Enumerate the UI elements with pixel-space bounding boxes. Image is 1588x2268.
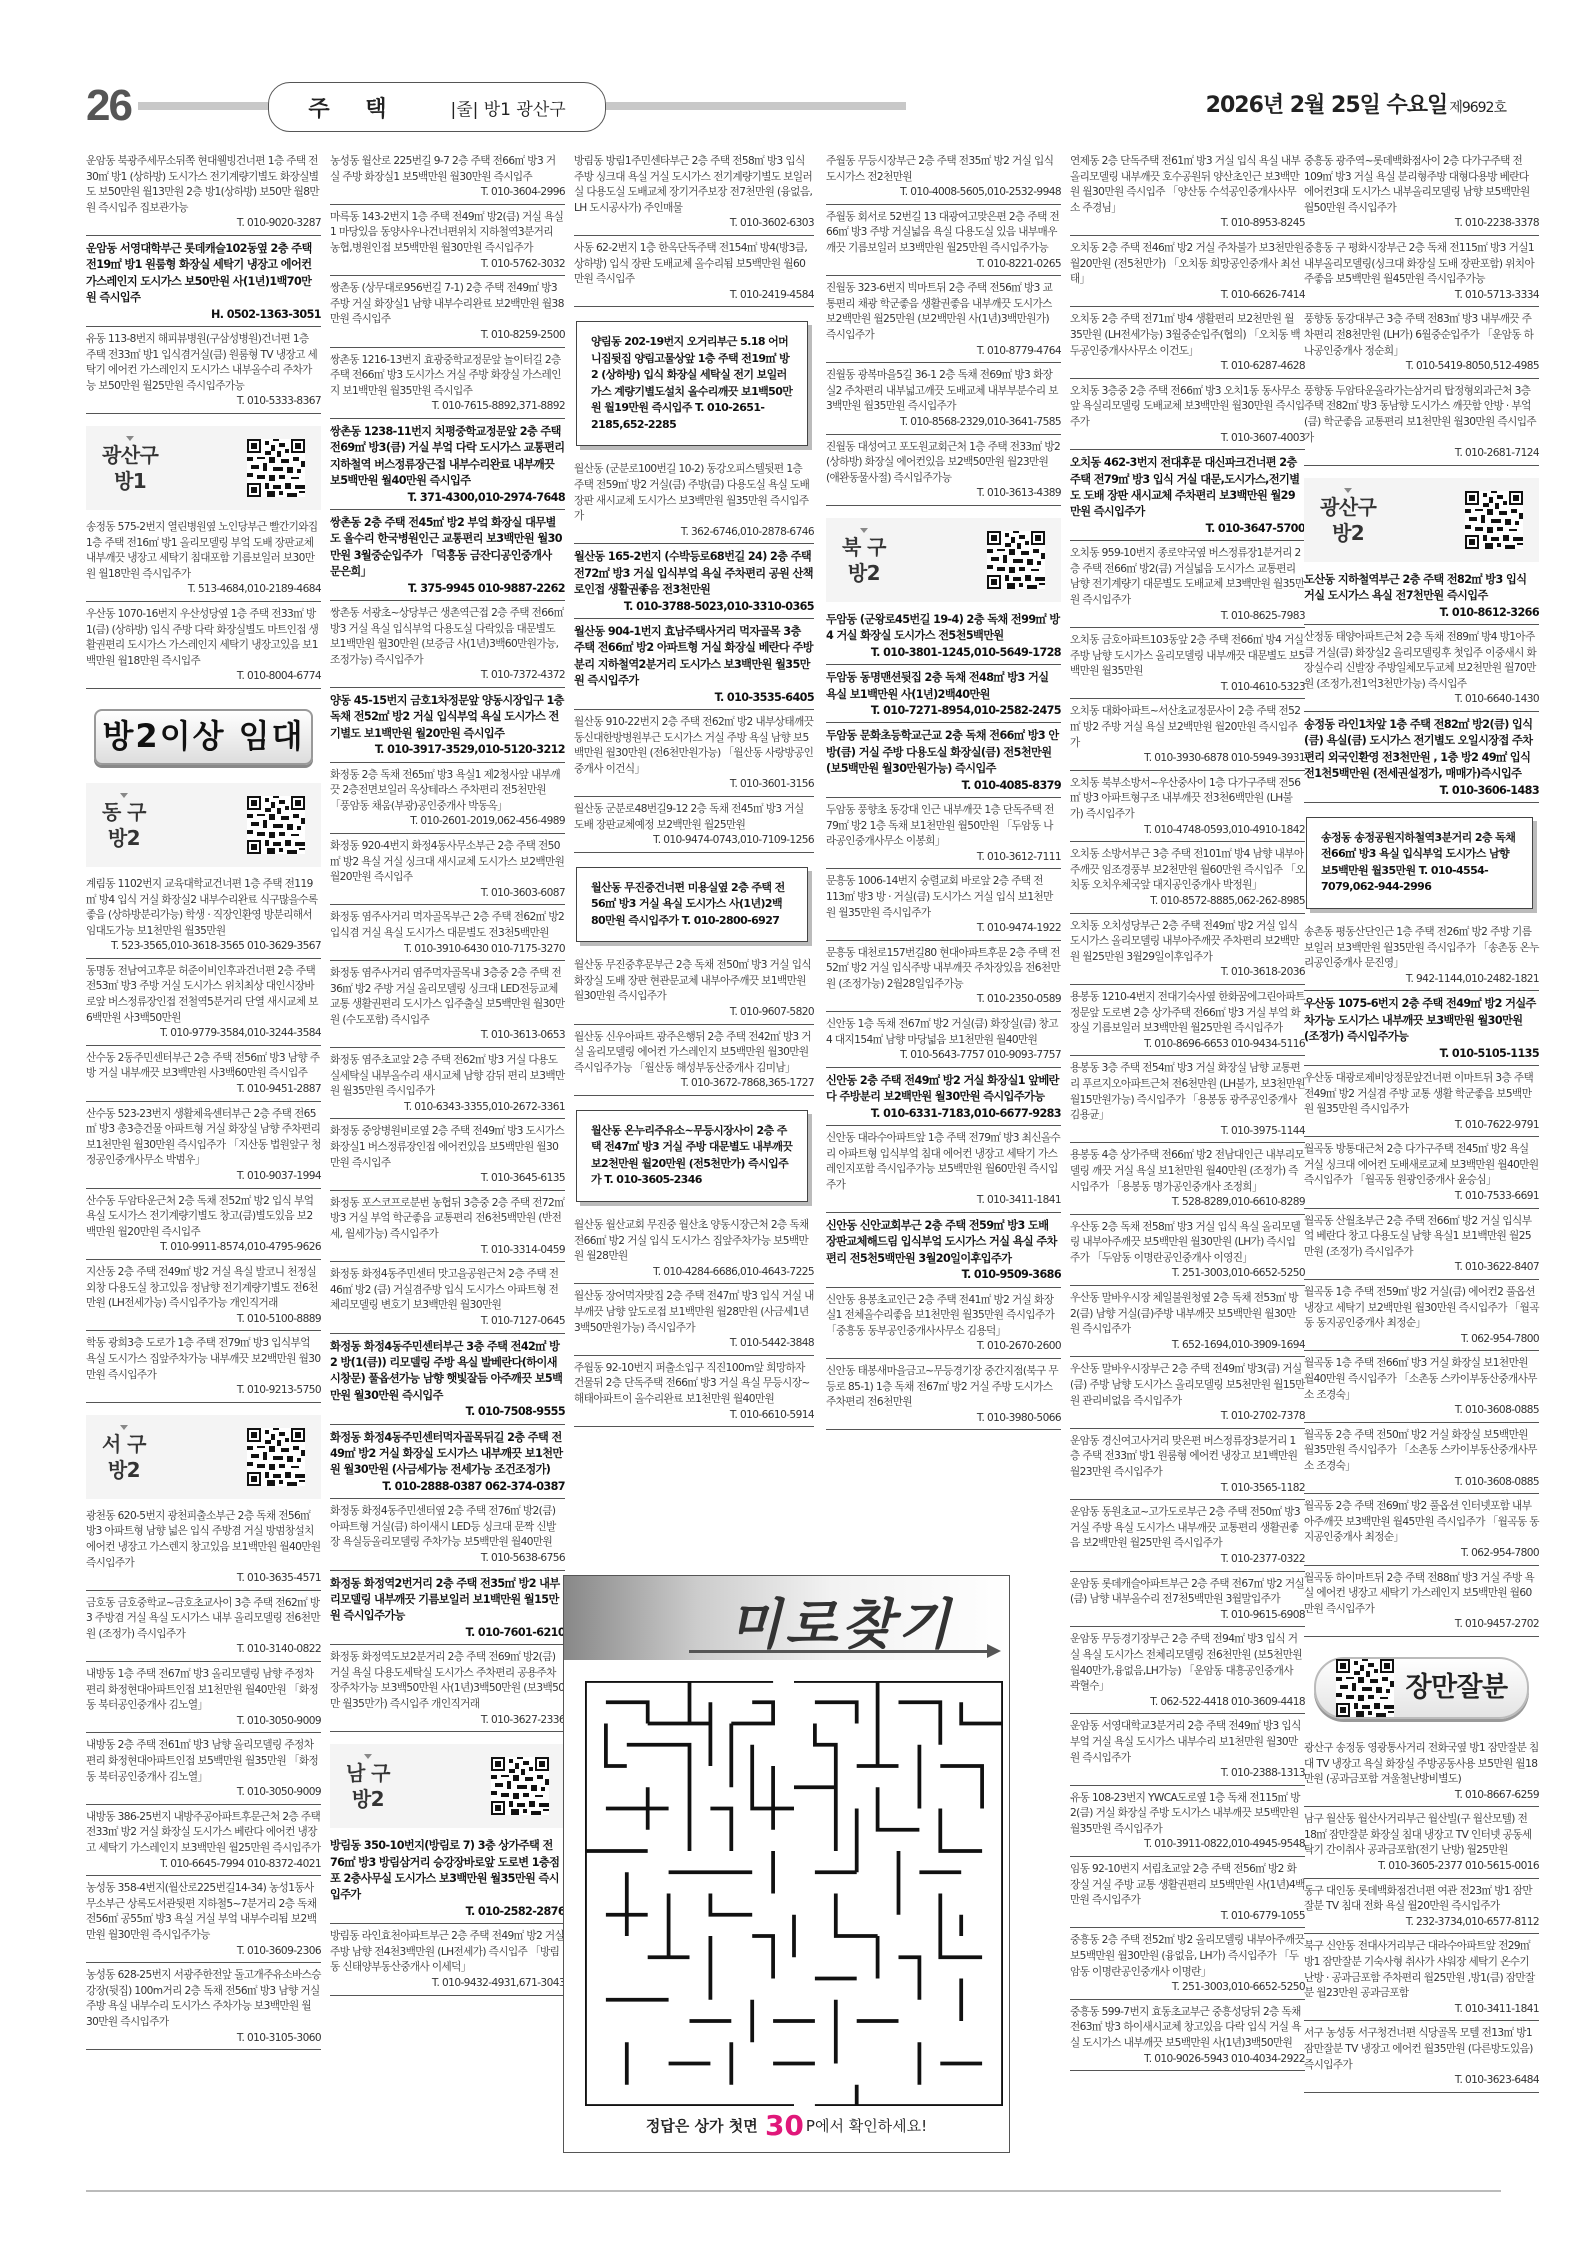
listing-text: 진월동 광복마을5길 36-1 2층 독채 전69㎡ 방3 화장실2 주차편리 … xyxy=(826,369,1058,412)
listing-text: 주월동 92-10번지 퍼출소입구 직진100m앞 희망하자건물뒤 2층 단독주… xyxy=(574,1362,810,1405)
listing-phone: T. 010-3627-2336 xyxy=(330,1713,565,1729)
listing-phone: T. 942-1144,010-2482-1821 xyxy=(1304,972,1539,988)
header-rule-right xyxy=(606,102,906,110)
listing-phone: T. 010-3672-7868,365-1727 xyxy=(574,1076,814,1092)
listing-phone: T. 010-5442-3848 xyxy=(574,1336,814,1352)
listing: 월곡동 2층 주택 전50㎡ 방2 거실 화장실 보5백만원 월35만원 즉시입… xyxy=(1304,1426,1539,1494)
listing-phone: T. 010-2238-3378 xyxy=(1304,216,1539,232)
listing-text: 오치동 북부소방서~우산중사이 1층 다가구주택 전56㎡ 방3 아파트형구조 … xyxy=(1070,777,1300,820)
listing: 방림동 라인효천아파트부근 2층 주택 전49㎡ 방2 거실 주방 남향 전4천… xyxy=(330,1927,565,1995)
listing: 진월동 대성여고 포도원교회근처 1층 주택 전33㎡ 방2 (상하방) 화장실… xyxy=(826,438,1061,506)
listing-phone: T. 010-3608-0885 xyxy=(1304,1403,1539,1419)
listing-phone: T. 010-7372-4372 xyxy=(330,668,565,684)
listing-phone: T. 010-3607-4003 xyxy=(1070,431,1305,447)
listing: 오치동 2층 주택 전71㎡ 방4 생활편리 보2천만원 월35만원 (LH전세… xyxy=(1070,310,1305,378)
listing: 오치동 2층 주택 전46㎡ 방2 거실 주차불가 보3천만원 월20만원 (전… xyxy=(1070,239,1305,307)
listing-text: 산정동 태양아파트근처 2층 독채 전89㎡ 방4 방1아주큼 거실(큼) 화장… xyxy=(1304,631,1536,690)
listing: 쌍촌동 (상무대로956번길 7-1) 2층 주택 전49㎡ 방3 주방 거실 … xyxy=(330,279,565,347)
listing: 중흥동 2층 주택 전52㎡ 방2 올리모델링 내부아주깨끗 보5백만원 월30… xyxy=(1070,1931,1305,1999)
listing: 두암동 (군왕로45번길 19-4) 2층 독채 전99㎡ 방4 거실 화장실 … xyxy=(826,610,1061,665)
listing: 월산동 무진중후문부근 2층 독채 전50㎡ 방3 거실 입식 화장실 도배 장… xyxy=(574,956,814,1024)
listing-phone: T. 010-3622-8407 xyxy=(1304,1260,1539,1276)
listing: 북구 신안동 전대사거리부근 대라수아파트앞 전29㎡ 방1 잠만잘분 기숙사형… xyxy=(1304,1937,1539,2021)
listing-text: 월산동 월산교회 무진중 월산초 양동시장근처 2층 독채 전66㎡ 방2 거실… xyxy=(574,1219,809,1262)
listing-phone: T. 652-1694,010-3909-1694 xyxy=(1070,1338,1305,1354)
listing-text: 운암동 서영대학부근 롯데캐슬102동옆 2층 주택 전19㎡ 방1 원룸형 화… xyxy=(86,242,312,304)
listing-text: 중흥동 599-7번지 효동초교부근 중흥성당뒤 2층 독채 전63㎡ 방3 하… xyxy=(1070,2006,1301,2049)
qr-code-icon[interactable] xyxy=(1336,1659,1394,1717)
listing: 쌍촌동 2층 주택 전45㎡ 방2 부엌 화장실 대무별도 올수리 한국병원인근… xyxy=(330,513,565,601)
listing-phone: T. 010-5333-8367 xyxy=(86,394,321,410)
listing-phone: T. 010-3917-3529,010-5120-3212 xyxy=(330,742,565,758)
listing: 운암동 서영대학부근 롯데캐슬102동옆 2층 주택 전19㎡ 방1 원룸형 화… xyxy=(86,239,321,327)
listing-phone: T. 010-3613-0653 xyxy=(330,1028,565,1044)
listing-text: 월곡동 2층 주택 전50㎡ 방2 거실 화장실 보5백만원 월35만원 즉시입… xyxy=(1304,1429,1537,1472)
column-1: 운암동 북광주세무소뒤쪽 현대웰빙건너편 1층 주택 전30㎡ 방1 (상하방)… xyxy=(86,152,321,2053)
listing-phone: T. 010-9213-5750 xyxy=(86,1383,321,1399)
listing-text: 쌍촌동 서광초~상당부근 생촌역근접 2층 주택 전66㎡ 방3 거실 욕실 입… xyxy=(330,607,564,666)
listing-text: 화정동 염주사거리 염주먹자골목내 3층중 2층 주택 전36㎡ 방2 주방 거… xyxy=(330,967,565,1026)
listing-phone: T. 010-3565-1182 xyxy=(1070,1481,1305,1497)
listing-phone: T. 010-7601-6210 xyxy=(330,1625,565,1641)
listing-text: 오치동 2층 주택 전46㎡ 방2 거실 주차불가 보3천만원 월20만원 (전… xyxy=(1070,242,1303,285)
listing-text: 중흥동 2층 주택 전52㎡ 방2 올리모델링 내부아주깨끗 보5백만원 월30… xyxy=(1070,1934,1304,1977)
maze-answer-note: 정답은 상가 첫면 30P에서 확인하세요! xyxy=(564,2109,1009,2142)
footer-rule xyxy=(86,2190,1501,2192)
listing-text: 월산동 910-22번지 2층 주택 전62㎡ 방2 내부상태깨끗 동신대한방병… xyxy=(574,716,813,775)
listing-text: 월산동 (군분로100번길 10-2) 동강오피스텔뒷편 1층 주택 전59㎡ … xyxy=(574,463,809,522)
listing-text: 운암동 서영대학교3분거리 2층 주택 전49㎡ 방3 입식부엌 거실 욕실 도… xyxy=(1070,1720,1301,1763)
listing-text: 북구 신안동 전대사거리부근 대라수아파트앞 전29㎡ 방1 잠만잘분 기숙사형… xyxy=(1304,1940,1535,1999)
listing-text: 화정동 화정4동주민센터 맛고을공원근처 2층 주택 전46㎡ 방2 (큼) 거… xyxy=(330,1268,558,1311)
listing: 내방동 1층 주택 전67㎡ 방3 올리모델링 남향 주정차편리 화정현대아파트… xyxy=(86,1665,321,1733)
listing: 산수동 523-23번지 생활체육센터부근 2층 주택 전65㎡ 방3 총3층건… xyxy=(86,1105,321,1189)
listing: 화정동 중앙병원비로옆 2층 주택 전49㎡ 방3 도시가스 화장실1 버스정류… xyxy=(330,1122,565,1190)
answer-prefix: 정답은 상가 첫면 xyxy=(646,2117,758,2135)
listing-text: 농성동 358-4번지(월산로225번길14-34) 농성1동사무소부근 상록도… xyxy=(86,1882,316,1941)
listing-phone: T. 010-2888-0387 062-374-0387 xyxy=(330,1479,565,1495)
listing: 오치동 소방서부근 3층 주택 전101㎡ 방4 남향 내부아주깨끗 임조경풍부… xyxy=(1070,845,1305,913)
listing-phone: T. 010-8625-7983 xyxy=(1070,609,1305,625)
listing-phone: T. 010-9615-6908 xyxy=(1070,1608,1305,1624)
listing-text: 월곡동 산월초부근 2층 주택 전66㎡ 방2 거실 입식부엌 베란다 창고 다… xyxy=(1304,1215,1531,1258)
listing: 오치동 오치성당부근 2층 주택 전49㎡ 방2 거실 입식 도시가스 올리모델… xyxy=(1070,917,1305,985)
listing-text: 오치동 오치성당부근 2층 주택 전49㎡ 방2 거실 입식 도시가스 올리모델… xyxy=(1070,920,1299,963)
listing-phone: T. 010-7533-6691 xyxy=(1304,1189,1539,1205)
listing-text: 월곡동 방통대근처 2층 다가구주택 전45㎡ 방2 욕실 거실 싱크대 에어컨… xyxy=(1304,1143,1539,1186)
listing: 용봉동 1210-4번지 전대기숙사옆 한화꿈에그린아파트 정문앞 도로변 2층… xyxy=(1070,988,1305,1056)
listing-phone: T. 010-6645-7994 010-8372-4021 xyxy=(86,1857,321,1873)
listing: 월곡동 산월초부근 2층 주택 전66㎡ 방2 거실 입식부엌 베란다 창고 다… xyxy=(1304,1212,1539,1280)
listing-text: 우산동 2층 독채 전58㎡ 방3 거실 입식 욕실 올리모델링 내부아주깨끗 … xyxy=(1070,1221,1300,1264)
listing-text: 두암동 풍향초 동강대 인근 내부깨끗 1층 단독주택 전79㎡ 방2 1층 독… xyxy=(826,804,1054,847)
listing-phone: T. 010-3910-6430 010-7175-3270 xyxy=(330,942,565,958)
listing: 송정동 라인1차앞 1층 주택 전82㎡ 방2(큼) 입식(큼) 욕실(큼) 도… xyxy=(1304,715,1539,803)
district-label: 남 구 xyxy=(346,1760,390,1786)
listing-text: 오치동 959-10번지 종로약국옆 버스정류장1분거리 2층 주택 전66㎡ … xyxy=(1070,547,1305,606)
listing: 운암동 롯데캐슬아파트부근 2층 주택 전67㎡ 방2 거실(큼) 남향 내부올… xyxy=(1070,1575,1305,1628)
listing-phone: T. 010-8004-6774 xyxy=(86,669,321,685)
maze-header: 미로찾기 xyxy=(564,1576,1009,1660)
listing: 화정동 화정역2번거리 2층 주택 전35㎡ 방2 내부리모델링 내부깨끗 기름… xyxy=(330,1574,565,1646)
listing-phone: T. 062-954-7800 xyxy=(1304,1332,1539,1348)
room-count-label: 방2 xyxy=(1320,520,1376,546)
header-rule-left xyxy=(138,102,268,110)
listing-text: 진월동 대성여고 포도원교회근처 1층 주택 전33㎡ 방2 (상하방) 화장실… xyxy=(826,441,1060,484)
listing-text: 신안동 용봉초교인근 2층 주택 전41㎡ 방2 거실 화장실1 전체올수리좋음… xyxy=(826,1294,1054,1337)
listing: 우산동 2층 독채 전58㎡ 방3 거실 입식 욕실 올리모델링 내부아주깨끗 … xyxy=(1070,1218,1305,1286)
qr-code-icon[interactable] xyxy=(247,1428,305,1486)
listing-phone: T. 010-9911-8574,010-4795-9626 xyxy=(86,1240,321,1256)
listing: 화정동 염주사거리 먹자골목부근 2층 주택 전62㎡ 방2 입식겸 거실 욕실… xyxy=(330,908,565,961)
listing: 내방동 2층 주택 전61㎡ 방3 남향 올리모델링 주정차편리 화정현대아파트… xyxy=(86,1736,321,1804)
listing-text: 농성동 월산로 225번길 9-7 2층 주택 전66㎡ 방3 거실 주방 화장… xyxy=(330,155,556,183)
listing: 송정동 575-2번지 열린병원옆 노인당부근 빨간기와집 1층 주택 전16㎡… xyxy=(86,518,321,602)
listing-text: 화정동 화정역도보2분거리 2층 주택 전69㎡ 방2(큼) 거실 욕실 다용도… xyxy=(330,1651,564,1710)
answer-suffix: P에서 확인하세요! xyxy=(806,2117,927,2135)
listing-phone: T. 010-5419-8050,512-4985 xyxy=(1304,359,1539,375)
featured-listing: 월산동 온누리주유소~무등시장사이 2층 주택 전47㎡ 방3 거실 주방 대문… xyxy=(576,1110,808,1202)
listing-phone: T. 010-9779-3584,010-3244-3584 xyxy=(86,1026,321,1042)
listing-text: 중흥동 광주역~롯데백화점사이 2층 다가구주택 전109㎡ 방3 거실 욕실 … xyxy=(1304,155,1530,214)
issue-date: 2026년 2월 25일 수요일제9692호 xyxy=(1206,88,1506,119)
listing-phone: T. 062-522-4418 010-3609-4418 xyxy=(1070,1695,1305,1711)
listing: 우산동 1075-6번지 2층 주택 전49㎡ 방2 거실주차가능 도시가스 내… xyxy=(1304,994,1539,1066)
listing-text: 화정동 2층 독채 전65㎡ 방3 욕실1 제2청사앞 내부깨끗 2층전면보일러… xyxy=(330,769,560,812)
listing: 동구 대인동 롯데백화점건너편 여관 전23㎡ 방1 잠만잘분 TV 침대 전화… xyxy=(1304,1882,1539,1935)
listing-text: 산수동 두암타운근처 2층 독채 전52㎡ 방2 입식 부엌 욕실 도시가스 전… xyxy=(86,1195,313,1238)
listing-text: 문흥동 대천로157번길80 현대아파트후문 2층 주택 전52㎡ 방2 거실 … xyxy=(826,947,1060,990)
listing-phone: T. 010-3604-2996 xyxy=(330,185,565,201)
listing-text: 운암동 경신여고사거리 맞은편 버스정류장3분거리 1층 주택 전33㎡ 방1 … xyxy=(1070,1435,1297,1478)
listing-text: 유동 113-8번지 해피뷰병원(구삼성병원)건너편 1층 주택 전33㎡ 방1… xyxy=(86,333,317,392)
region-header: 광산구방2 xyxy=(1304,478,1539,562)
listing-phone: T. 010-2388-1313 xyxy=(1070,1766,1305,1782)
listing: 신안동 대라수아파트앞 1층 주택 전79㎡ 방3 최신올수리 아파트형 입식부… xyxy=(826,1129,1061,1213)
listing-phone: T. 010-7127-0645 xyxy=(330,1314,565,1330)
listing: 오치동 462-3번지 전대후문 대신파크건너편 2층 주택 전79㎡ 방3 입… xyxy=(1070,453,1305,541)
listing: 농성동 358-4번지(월산로225번길14-34) 농성1동사무소부근 상록도… xyxy=(86,1879,321,1963)
listing-text: 오치동 2층 주택 전71㎡ 방4 생활편리 보2천만원 월35만원 (LH전세… xyxy=(1070,313,1300,356)
qr-code-icon[interactable] xyxy=(987,531,1045,589)
listing: 임동 92-10번지 서림초교앞 2층 주택 전56㎡ 방2 화장실 거실 주방… xyxy=(1070,1860,1305,1928)
listing-text: 월산동 장어먹자맞집 2층 주택 전47㎡ 방3 입식 거실 내부깨끗 남향 앞… xyxy=(574,1290,814,1333)
listing-text: 두암동 문화초등학교근교 2층 독채 전66㎡ 방3 안방(큼) 거실 주방 다… xyxy=(826,729,1059,775)
listing-text: 송정동 575-2번지 열린병원옆 노인당부근 빨간기와집 1층 주택 전16㎡… xyxy=(86,521,318,580)
listing-text: 연제동 2층 단독주택 전61㎡ 방3 거실 입식 욕실 내부올리모델링 내부깨… xyxy=(1070,155,1300,214)
listing: 진월동 광복마을5길 36-1 2층 독채 전69㎡ 방3 화장실2 주차편리 … xyxy=(826,366,1061,434)
listing-text: 운암동 북광주세무소뒤쪽 현대웰빙건너편 1층 주택 전30㎡ 방1 (상하방)… xyxy=(86,155,319,214)
listing-phone: T. 010-4610-5323 xyxy=(1070,680,1305,696)
listing-phone: T. 010-3411-1841 xyxy=(1304,2002,1539,2018)
listing: 신안동 2층 주택 전49㎡ 방2 거실 화장실1 앞베란다 주방분리 보2백만… xyxy=(826,1071,1061,1126)
listing-phone: T. 010-9037-1994 xyxy=(86,1169,321,1185)
listing-text: 쌍촌동 2층 주택 전45㎡ 방2 부엌 화장실 대무별도 올수리 한국병원인근… xyxy=(330,516,562,578)
category-banner: 방2이상 임대 xyxy=(94,709,313,765)
listing-phone: T. 010-2350-0589 xyxy=(826,992,1061,1008)
listing: 사동 62-2번지 1층 한옥단독주택 전154㎡ 방4(방3큼,상하방) 입식… xyxy=(574,239,814,307)
listing-phone: T. 251-3003,010-6652-5250 xyxy=(1070,1980,1305,1996)
listing: 신안동 신안교회부근 2층 주택 전59㎡ 방3 도배 장판교체해드림 입식부엌… xyxy=(826,1216,1061,1288)
listing-text: 운암동 롯데캐슬아파트부근 2층 주택 전67㎡ 방2 거실(큼) 남향 내부올… xyxy=(1070,1578,1304,1606)
listing-phone: T. 010-3602-6303 xyxy=(574,216,814,232)
listing-phone: T. 010-3975-1144 xyxy=(1070,1124,1305,1140)
listing: 월곡동 2층 주택 전69㎡ 방2 풀옵션 인터넷포함 내부아주깨끗 보3백만원… xyxy=(1304,1497,1539,1565)
listing-text: 화정동 920-4번지 화정4동사무소부근 2층 주택 전50㎡ 방2 욕실 거… xyxy=(330,840,564,883)
listing-text: 운암동 무등경기장부근 2층 주택 전94㎡ 방3 입식 거실 욕실 도시가스 … xyxy=(1070,1633,1302,1692)
listing: 주월동 무등시장부근 2층 주택 전35㎡ 방2 거실 입식 도시가스 전2천만… xyxy=(826,152,1061,205)
listing: 쌍촌동 1238-11번지 치평중학교정문앞 2층 주택 전69㎡ 방3(큼) … xyxy=(330,422,565,510)
listing-phone: T. 010-7622-9791 xyxy=(1304,1118,1539,1134)
page-number: 26 xyxy=(86,82,131,130)
listing-phone: T. 010-3613-4389 xyxy=(826,486,1061,502)
listing-phone: T. 010-3601-3156 xyxy=(574,777,814,793)
listing-text: 방림동 라인효천아파트부근 2층 주택 전49㎡ 방2 거실 주방 남향 전4천… xyxy=(330,1930,564,1973)
listing-phone: T. 523-3565,010-3618-3565 010-3629-3567 xyxy=(86,939,321,955)
qr-code-icon[interactable] xyxy=(491,1757,549,1815)
qr-code-icon[interactable] xyxy=(1465,491,1523,549)
listing-phone: T. 010-3647-5700 xyxy=(1070,521,1305,537)
listing-phone: T. 010-2702-7378 xyxy=(1070,1409,1305,1425)
maze-puzzle: 미로찾기 정답은 상가 첫면 30P에서 확인하세요! xyxy=(563,1575,1010,2153)
listing: 송촌동 평동산단인근 1층 주택 전26㎡ 방2 주방 기름보일러 보3백만원 … xyxy=(1304,923,1539,991)
listing-text: 주월동 회서로 52번길 13 대광여고맞은편 2층 주택 전66㎡ 방3 주방… xyxy=(826,211,1059,254)
listing-text: 남구 월산동 월산사거리부근 월산빌(구 월산모텔) 전18㎡ 잠만잘분 화장실… xyxy=(1304,1813,1532,1856)
listing-text: 신안동 대라수아파트앞 1층 주택 전79㎡ 방3 최신올수리 아파트형 입식부… xyxy=(826,1132,1060,1191)
listing: 농성동 628-25번지 서광주한전앞 돌고개주유소바스승강장(뒷집) 100m… xyxy=(86,1966,321,2050)
region-name: 남 구방2 xyxy=(346,1760,390,1812)
room-count-label: 방2 xyxy=(346,1786,390,1812)
listing-phone: T. 010-3140-0822 xyxy=(86,1642,321,1658)
listing-phone: T. 528-8289,010-6610-8289 xyxy=(1070,1195,1305,1211)
listing-text: 월곡동 1층 주택 전66㎡ 방3 거실 화장실 보1천만원 월40만원 즉시입… xyxy=(1304,1357,1537,1400)
region-name: 북 구방2 xyxy=(842,534,886,586)
room-count-label: 방1 xyxy=(102,468,158,494)
listing-text: 마륵동 143-2번지 1층 주택 전49㎡ 방2(큼) 거실 욕실1 마당있음… xyxy=(330,211,563,254)
listing-phone: T. 010-3788-5023,010-3310-0365 xyxy=(574,599,814,615)
qr-code-icon[interactable] xyxy=(247,796,305,854)
arrow-right-icon xyxy=(689,1650,989,1653)
listing: 유동 108-23번지 YWCA도로옆 1층 독채 전115㎡ 방2(큼) 거실… xyxy=(1070,1789,1305,1857)
listing-phone: T. 010-3612-7111 xyxy=(826,850,1061,866)
listing: 마륵동 143-2번지 1층 주택 전49㎡ 방2(큼) 거실 욕실1 마당있음… xyxy=(330,208,565,276)
listing: 월산동 군분로48번길9-12 2층 독채 전45㎡ 방3 거실 도배 장판교체… xyxy=(574,800,814,853)
listing-text: 화정동 염주사거리 먹자골목부근 2층 주택 전62㎡ 방2 입식겸 거실 욕실… xyxy=(330,911,564,939)
listing: 화정동 염주사거리 염주먹자골목내 3층중 2층 주택 전36㎡ 방2 주방 거… xyxy=(330,964,565,1048)
listing: 주월동 회서로 52번길 13 대광여고맞은편 2층 주택 전66㎡ 방3 주방… xyxy=(826,208,1061,276)
listing-phone: T. 010-8953-8245 xyxy=(1070,216,1305,232)
room-count-label: 방2 xyxy=(842,560,886,586)
region-header: 광산구방1 xyxy=(86,426,321,510)
listing-text: 송촌동 평동산단인근 1층 주택 전26㎡ 방2 주방 기름보일러 보3백만원 … xyxy=(1304,926,1539,969)
district-label: 광산구 xyxy=(1320,494,1376,520)
listing: 오치동 3층중 2층 주택 전66㎡ 방3 오치1동 동사무소앞 욕실리모델링 … xyxy=(1070,382,1305,450)
listing-phone: T. 010-9474-1922 xyxy=(826,921,1061,937)
listing-phone: T. 010-4284-6686,010-4643-7225 xyxy=(574,1265,814,1281)
listing-phone: T. 010-3609-2306 xyxy=(86,1944,321,1960)
listing-text: 우산동 대광로제비앙정문앞건너편 이마트뒤 3층 주택 전49㎡ 방2 거실겸 … xyxy=(1304,1072,1533,1115)
listing: 화정동 화정4동주민센터먹자골목뒤길 2층 주택 전49㎡ 방2 거실 화장실 … xyxy=(330,1428,565,1500)
listing: 월산동 910-22번지 2층 주택 전62㎡ 방2 내부상태깨끗 동신대한방병… xyxy=(574,713,814,797)
listing: 쌍촌동 서광초~상당부근 생촌역근접 2층 주택 전66㎡ 방3 거실 욕실 입… xyxy=(330,604,565,688)
listing-text: 운암동 동원초교~고가도로부근 2층 주택 전50㎡ 방3 거실 주방 욕실 도… xyxy=(1070,1506,1300,1549)
listing-text: 월산동 군분로48번길9-12 2층 독채 전45㎡ 방3 거실 도배 장판교체… xyxy=(574,803,804,831)
listing-text: 우산동 말바우시장부근 2층 주택 전49㎡ 방3(큼) 거실(큼) 주방 남향… xyxy=(1070,1363,1305,1406)
room-count-label: 방2 xyxy=(102,825,146,851)
listing: 쌍촌동 1216-13번지 효광중학교정문앞 놀이터길 2층 주택 전66㎡ 방… xyxy=(330,351,565,419)
listing-phone: T. 010-3623-6484 xyxy=(1304,2073,1539,2089)
listing-text: 화정동 중앙병원비로옆 2층 주택 전49㎡ 방3 도시가스 화장실1 버스정류… xyxy=(330,1125,564,1168)
listing-phone: T. 062-954-7800 xyxy=(1304,1546,1539,1562)
listing: 용봉동 3층 주택 전54㎡ 방3 거실 화장실 남향 교통편리 푸르지오아파트… xyxy=(1070,1059,1305,1143)
listing-text: 화정동 포스코프로분번 농협뒤 3층중 2층 주택 전72㎡ 방3 거실 부엌 … xyxy=(330,1197,564,1240)
region-name: 동 구방2 xyxy=(102,799,146,851)
listing-phone: T. 010-9026-5943 010-4034-2922 xyxy=(1070,2052,1305,2068)
listing-text: 월곡동 1층 주택 전59㎡ 방2 거실(큼) 에어컨2 풀옵션 냉장고 세탁기… xyxy=(1304,1286,1539,1329)
listing-phone: T. 010-7615-8892,371-8892 xyxy=(330,399,565,415)
listing-phone: T. 010-2582-2876 xyxy=(330,1904,565,1920)
listing: 남구 월산동 월산사거리부근 월산빌(구 월산모텔) 전18㎡ 잠만잘분 화장실… xyxy=(1304,1810,1539,1878)
listing-text: 월곡동 2층 주택 전69㎡ 방2 풀옵션 인터넷포함 내부아주깨끗 보3백만원… xyxy=(1304,1500,1539,1543)
listing-text: 광산구 송정동 영광통사거리 전화국옆 방1 잠만잘분 침대 TV 냉장고 욕실… xyxy=(1304,1742,1539,1785)
column-2: 농성동 월산로 225번길 9-7 2층 주택 전66㎡ 방3 거실 주방 화장… xyxy=(330,152,565,1999)
listing: 동명동 전남여고후문 허준이비인후과건너편 2층 주택 전53㎡ 방3 주방 거… xyxy=(86,962,321,1046)
listing: 방림동 350-10번지(방림로 7) 3층 상가주택 전76㎡ 방3 방림삼거… xyxy=(330,1836,565,1924)
district-label: 서 구 xyxy=(102,1431,146,1457)
listing: 광산구 송정동 영광통사거리 전화국옆 방1 잠만잘분 침대 TV 냉장고 욕실… xyxy=(1304,1739,1539,1807)
listing: 신안동 태봉새마을금고~무등경기장 중간지점(북구 무등로 85-1) 1층 독… xyxy=(826,1362,1061,1430)
listing: 유동 113-8번지 해피뷰병원(구삼성병원)건너편 1층 주택 전33㎡ 방1… xyxy=(86,330,321,414)
listing: 화정동 920-4번지 화정4동사무소부근 2층 주택 전50㎡ 방2 욕실 거… xyxy=(330,837,565,905)
district-label: 동 구 xyxy=(102,799,146,825)
featured-listing: 양림동 202-19번지 오거리부근 5.18 어머니집뒷집 양림고물상앞 1층… xyxy=(576,321,808,446)
qr-code-icon[interactable] xyxy=(247,439,305,497)
listing-text: 우산동 1070-16번지 우산성당옆 1층 주택 전33㎡ 방1(큼) (상하… xyxy=(86,608,318,667)
listing-text: 용봉동 4층 상가주택 전66㎡ 방2 전남대인근 내부리모델링 깨끗 거실 욕… xyxy=(1070,1149,1304,1192)
listing-phone: T. 010-6779-1055 xyxy=(1070,1909,1305,1925)
listing-phone: T. 010-9432-4931,671-3043 xyxy=(330,1976,565,1992)
listing-phone: T. 010-6343-3355,010-2672-3361 xyxy=(330,1100,565,1116)
listing-phone: T. 010-3105-3060 xyxy=(86,2031,321,2047)
maze-title: 미로찾기 xyxy=(729,1582,954,1659)
listing: 운암동 동원초교~고가도로부근 2층 주택 전50㎡ 방3 거실 주방 욕실 도… xyxy=(1070,1503,1305,1571)
listing: 월산동 장어먹자맞집 2층 주택 전47㎡ 방3 입식 거실 내부깨끗 남향 앞… xyxy=(574,1287,814,1355)
listing: 두암동 풍향초 동강대 인근 내부깨끗 1층 단독주택 전79㎡ 방2 1층 독… xyxy=(826,801,1061,869)
listing-phone: T. 010-6331-7183,010-6677-9283 xyxy=(826,1106,1061,1122)
listing-text: 두암동 동명맨션뒷집 2층 독채 전48㎡ 방3 거실 욕실 보1백만원 사(1… xyxy=(826,671,1048,700)
listing: 산수동 두암타운근처 2층 독채 전52㎡ 방2 입식 부엌 욕실 도시가스 전… xyxy=(86,1192,321,1260)
region-header: 남 구방2 xyxy=(330,1744,565,1828)
listing: 월곡동 방통대근처 2층 다가구주택 전45㎡ 방2 욕실 거실 싱크대 에어컨… xyxy=(1304,1140,1539,1208)
listing-phone: T. 010-3930-6878 010-5949-3931 xyxy=(1070,751,1305,767)
listing: 문흥동 1006-14번지 숭렬교회 바로앞 2층 주택 전113㎡ 방3 방 … xyxy=(826,872,1061,940)
listing-text: 화정동 화정4동주민센터먹자골목뒤길 2층 주택 전49㎡ 방2 거실 화장실 … xyxy=(330,1431,563,1477)
listing-phone: T. 010-3411-1841 xyxy=(826,1193,1061,1209)
listing-phone: T. 010-3535-6405 xyxy=(574,690,814,706)
column-6: 중흥동 광주역~롯데백화점사이 2층 다가구주택 전109㎡ 방3 거실 욕실 … xyxy=(1304,152,1539,2096)
listing-phone: T. 010-3801-1245,010-5649-1728 xyxy=(826,645,1061,661)
listing: 두암동 동명맨션뒷집 2층 독채 전48㎡ 방3 거실 욕실 보1백만원 사(1… xyxy=(826,668,1061,723)
listing-phone: T. 010-3980-5066 xyxy=(826,1411,1061,1427)
listing-phone: T. 010-8568-2329,010-3641-7585 xyxy=(826,415,1061,431)
listing-text: 쌍촌동 1238-11번지 치평중학교정문앞 2층 주택 전69㎡ 방3(큼) … xyxy=(330,425,564,487)
listing: 운암동 무등경기장부근 2층 주택 전94㎡ 방3 입식 거실 욕실 도시가스 … xyxy=(1070,1630,1305,1714)
listing-text: 우산동 1075-6번지 2층 주택 전49㎡ 방2 거실주차가능 도시가스 내… xyxy=(1304,997,1536,1043)
listing: 화정동 화정역도보2분거리 2층 주택 전69㎡ 방2(큼) 거실 욕실 다용도… xyxy=(330,1648,565,1732)
listing-text: 신안동 1층 독채 전67㎡ 방2 거실(큼) 화장실(큼) 창고4 대지154… xyxy=(826,1018,1058,1046)
listing-text: 풍향동 동강대부근 3층 주택 전83㎡ 방3 내부깨끗 주차편리 전8천만원 … xyxy=(1304,313,1533,356)
listing-text: 동구 대인동 롯데백화점건너편 여관 전23㎡ 방1 잠만잘분 TV 침대 전화… xyxy=(1304,1885,1532,1913)
listing-text: 우산동 말바우시장 체일불원청옆 2층 독채 전53㎡ 방2(큼) 남향 거실(… xyxy=(1070,1292,1298,1335)
listing: 월곡동 1층 주택 전59㎡ 방2 거실(큼) 에어컨2 풀옵션 냉장고 세탁기… xyxy=(1304,1283,1539,1351)
listing: 중흥동 599-7번지 효동초교부근 중흥성당뒤 2층 독채 전63㎡ 방3 하… xyxy=(1070,2003,1305,2071)
listing-phone: T. 010-8779-4764 xyxy=(826,344,1061,360)
listing: 월곡동 1층 주택 전66㎡ 방3 거실 화장실 보1천만원 월40만원 즉시입… xyxy=(1304,1354,1539,1422)
listing-phone: T. 010-8259-2500 xyxy=(330,328,565,344)
listing-phone: T. 362-6746,010-2878-6746 xyxy=(574,525,814,541)
listing: 도산동 지하철역부근 2층 주택 전82㎡ 방3 입식 거실 도시가스 욕실 전… xyxy=(1304,570,1539,625)
issue-number: 제9692호 xyxy=(1449,100,1506,116)
district-label: 광산구 xyxy=(102,442,158,468)
listing: 우산동 대광로제비앙정문앞건너편 이마트뒤 3층 주택 전49㎡ 방2 거실겸 … xyxy=(1304,1069,1539,1137)
listing-text: 월산동 신우아파트 광주은행뒤 2층 주택 전42㎡ 방3 거실 올리모델링 에… xyxy=(574,1031,811,1074)
listing-text: 문흥동 1006-14번지 숭렬교회 바로앞 2층 주택 전113㎡ 방3 방 … xyxy=(826,875,1053,918)
listing-phone: T. 010-3603-6087 xyxy=(330,886,565,902)
listing-text: 농성동 628-25번지 서광주한전앞 돌고개주유소바스승강장(뒷집) 100m… xyxy=(86,1969,321,2028)
listing-text: 송정동 라인1차앞 1층 주택 전82㎡ 방2(큼) 입식(큼) 욕실(큼) 도… xyxy=(1304,718,1532,780)
listing-text: 진월동 323-6번지 빅마트뒤 2층 주택 전56㎡ 방3 교통편리 채광 학… xyxy=(826,282,1052,341)
listing-phone: T. 010-3606-1483 xyxy=(1304,783,1539,799)
listing-text: 사동 62-2번지 1층 한옥단독주택 전154㎡ 방4(방3큼,상하방) 입식… xyxy=(574,242,807,285)
region-header: 동 구방2 xyxy=(86,783,321,867)
date-text: 2026년 2월 25일 수요일 xyxy=(1206,93,1448,118)
listing-text: 신안동 신안교회부근 2층 주택 전59㎡ 방3 도배 장판교체해드림 입식부엌… xyxy=(826,1219,1057,1265)
listing-text: 양동 45-15번지 금호1차정문앞 양동시장입구 1층 독채 전52㎡ 방2 … xyxy=(330,694,564,740)
listing-text: 오치동 금호아파트103동앞 2층 주택 전66㎡ 방4 거실 주방 남향 도시… xyxy=(1070,634,1305,677)
listing-text: 학동 광희3층 도로가 1층 주택 전79㎡ 방3 입식부엌 욕실 도시가스 집… xyxy=(86,1337,321,1380)
listing-text: 금호동 금호중학교~금호초교사이 3층 주택 전62㎡ 방3 주방겸 거실 욕실… xyxy=(86,1597,320,1640)
listing: 중흥동 광주역~롯데백화점사이 2층 다가구주택 전109㎡ 방3 거실 욕실 … xyxy=(1304,152,1539,236)
listing-phone: T. 010-3618-2036 xyxy=(1070,965,1305,981)
listing: 양동 45-15번지 금호1차정문앞 양동시장입구 1층 독채 전52㎡ 방2 … xyxy=(330,691,565,763)
listing-phone: T. 251-3003,010-6652-5250 xyxy=(1070,1266,1305,1282)
listing-phone: T. 010-9451-2887 xyxy=(86,1082,321,1098)
listing: 금호동 금호중학교~금호초교사이 3층 주택 전62㎡ 방3 주방겸 거실 욕실… xyxy=(86,1594,321,1662)
region-name: 서 구방2 xyxy=(102,1431,146,1483)
listing-phone: T. 010-2601-2019,062-456-4989 xyxy=(330,814,565,830)
listing-text: 임동 92-10번지 서림초교앞 2층 주택 전56㎡ 방2 화장실 거실 주방… xyxy=(1070,1863,1305,1906)
listing-phone: T. 010-6626-7414 xyxy=(1070,288,1305,304)
category-banner-sleeping-room: 장만잘분 xyxy=(1314,1657,1529,1719)
listing: 서구 농성동 서구청건너편 식당골목 모텔 전13㎡ 방1 잠만잘분 TV 냉장… xyxy=(1304,2024,1539,2092)
listing: 산정동 태양아파트근처 2층 독채 전89㎡ 방4 방1아주큼 거실(큼) 화장… xyxy=(1304,628,1539,712)
listing-text: 월산동 무진중후문부근 2층 독채 전50㎡ 방3 거실 입식 화장실 도배 장… xyxy=(574,959,811,1002)
listing: 신안동 1층 독채 전67㎡ 방2 거실(큼) 화장실(큼) 창고4 대지154… xyxy=(826,1015,1061,1068)
region-name: 광산구방1 xyxy=(102,442,158,494)
listing-text: 두암동 (군왕로45번길 19-4) 2층 독채 전99㎡ 방4 거실 화장실 … xyxy=(826,613,1060,642)
listing-text: 내방동 386-25번지 내방주공아파트후문근처 2층 주택 전33㎡ 방2 거… xyxy=(86,1811,321,1854)
listing-phone: T. 010-4748-0593,010-4910-1842 xyxy=(1070,823,1305,839)
column-5: 연제동 2층 단독주택 전61㎡ 방3 거실 입식 욕실 내부올리모델링 내부깨… xyxy=(1070,152,1305,2074)
listing-phone: T. 010-6640-1430 xyxy=(1304,692,1539,708)
listing: 두암동 문화초등학교근교 2층 독채 전66㎡ 방3 안방(큼) 거실 주방 다… xyxy=(826,726,1061,798)
listing-phone: T. 010-4008-5605,010-2532-9948 xyxy=(826,185,1061,201)
listing: 월산동 (군분로100번길 10-2) 동강오피스텔뒷편 1층 주택 전59㎡ … xyxy=(574,460,814,544)
listing-phone: T. 010-9509-3686 xyxy=(826,1267,1061,1283)
listing-phone: T. 010-9474-0743,010-7109-1256 xyxy=(574,833,814,849)
category-banner-label: 장만잘분 xyxy=(1406,1680,1508,1696)
listing-phone: T. 010-3635-4571 xyxy=(86,1571,321,1587)
